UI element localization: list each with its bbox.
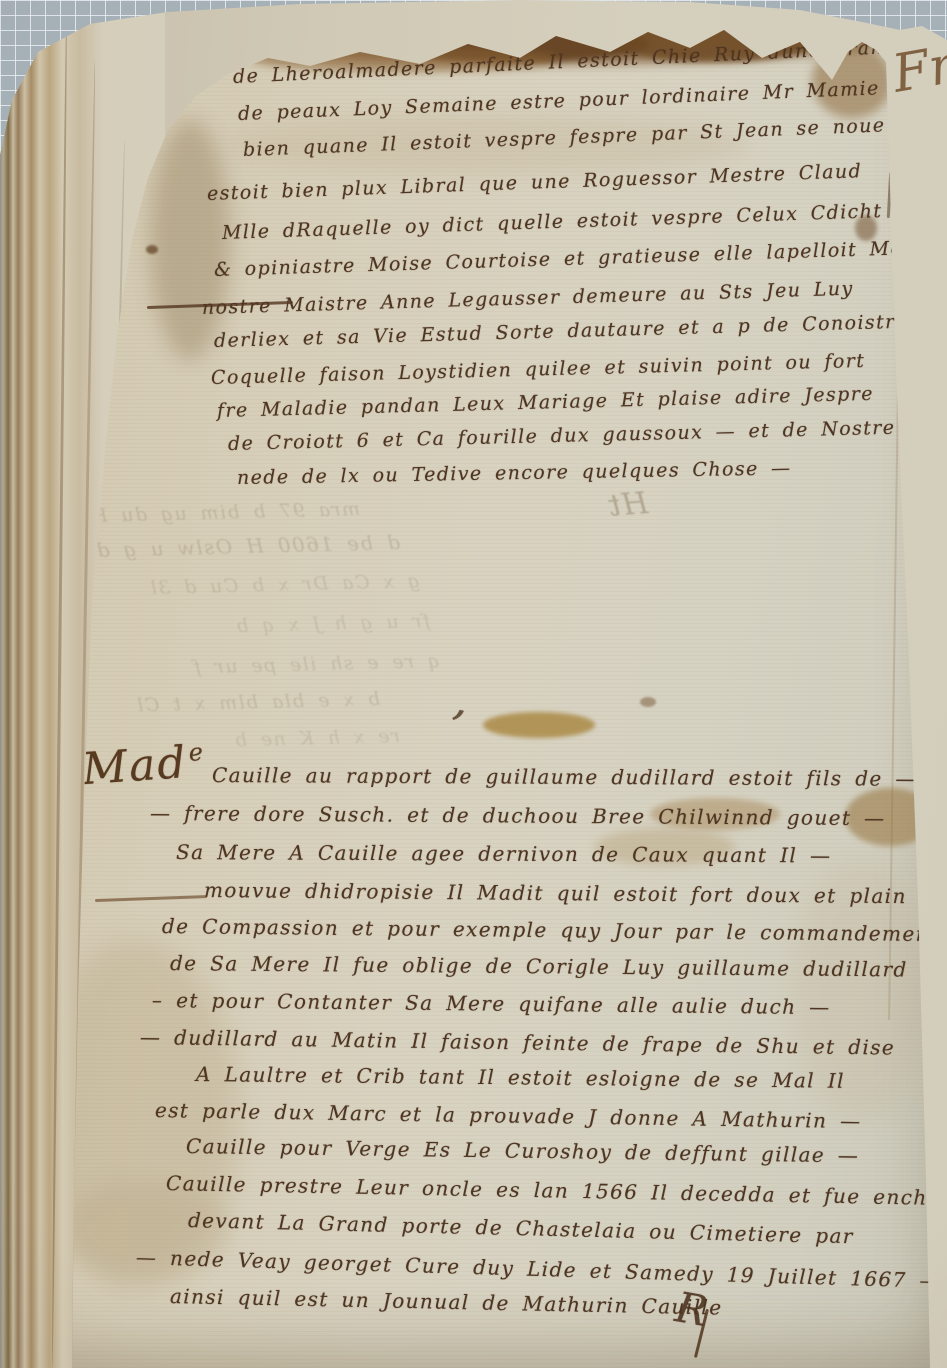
manuscript-text-line: est parle dux Marc et la prouvade J donn… xyxy=(155,1098,862,1133)
manuscript-text-line: devant La Grand porte de Chastelaia ou C… xyxy=(188,1208,854,1248)
margin-note: Made xyxy=(80,736,207,796)
manuscript-text-line: nede de lx ou Tedive encore quelques Cho… xyxy=(237,457,792,489)
manuscript-text-line: fre Maladie pandan Leux Mariage Et plais… xyxy=(217,383,874,422)
paper-stain xyxy=(146,245,158,254)
manuscript-text-line: Mlle dRaquelle oy dict quelle estoit ves… xyxy=(222,200,883,244)
paper-stain xyxy=(150,120,230,360)
manuscript-text-line: Cauille prestre Leur oncle es lan 1566 I… xyxy=(166,1171,947,1210)
paper-stain xyxy=(640,697,656,707)
bleedthrough-line: Ht xyxy=(606,486,649,524)
bleedthrough-line: b x e bla blm x t Cl xyxy=(136,688,381,716)
manuscript-text-line: A Laultre et Crib tant Il estoit esloign… xyxy=(196,1062,845,1093)
photo-of-manuscript: Fr Htmra 97 b bim ug du RCud be 1600 H O… xyxy=(0,0,947,1368)
manuscript-text-line: Cauille pour Verge Es Le Curoshoy de def… xyxy=(186,1134,860,1167)
bleedthrough-line: q re e sh ile pe ur f xyxy=(192,650,440,678)
paper-stain xyxy=(483,712,595,738)
margin-note-text: Mad xyxy=(80,737,189,795)
bleedthrough-line: fr u g h J x q b xyxy=(235,610,431,637)
manuscript-text-line: Cauille au rapport de guillaume dudillar… xyxy=(212,763,917,791)
manuscript-text-line: — dudillard au Matin Il faison feinte de… xyxy=(140,1025,895,1060)
ink-stroke xyxy=(95,895,207,902)
manuscript-text-line: Sa Mere A Cauille agee dernivon de Caux … xyxy=(176,840,832,867)
manuscript-text-line: de Croiott 6 et Ca fourille dux gaussoux… xyxy=(228,414,947,455)
manuscript-text-line: Coquelle faison Loystidien quilee et sui… xyxy=(211,350,866,389)
manuscript-text-line: mouvue dhidropisie Il Madit quil estoit … xyxy=(204,878,907,908)
manuscript-text-line: – et pour Contanter Sa Mere quifane alle… xyxy=(152,988,831,1019)
bleedthrough-line: d be 1600 H Oslw u g de xyxy=(82,530,401,562)
manuscript-text-line: derliex et sa Vie Estud Sorte dautaure e… xyxy=(214,311,909,352)
manuscript-text-line: de Sa Mere Il fue oblige de Corigle Luy … xyxy=(170,951,908,981)
margin-note-superscript: e xyxy=(188,738,206,767)
ink-flourish-mark: R xyxy=(672,1282,713,1336)
bleedthrough-line: mra 97 b bim ug du RCu xyxy=(62,498,360,528)
manuscript-text-line: nostre Maistre Anne Legausser demeure au… xyxy=(202,278,854,319)
adjacent-page-flourish: Fr xyxy=(888,35,947,105)
manuscript-text-line: — frere dore Susch. et de duchoou Bree C… xyxy=(150,801,886,830)
bleedthrough-line: g x Ca Dr x b Cu d 3l xyxy=(149,570,420,599)
manuscript-text-line: ainsi quil est un Jounual de Mathurin Ca… xyxy=(170,1284,723,1320)
ink-flourish-mark: ’ xyxy=(441,699,470,755)
bleedthrough-line: re x h K ne b xyxy=(233,725,400,751)
manuscript-page: Htmra 97 b bim ug du RCud be 1600 H Oslw… xyxy=(0,0,947,1368)
manuscript-text-line: & opiniastre Moise Courtoise et gratieus… xyxy=(214,236,947,281)
